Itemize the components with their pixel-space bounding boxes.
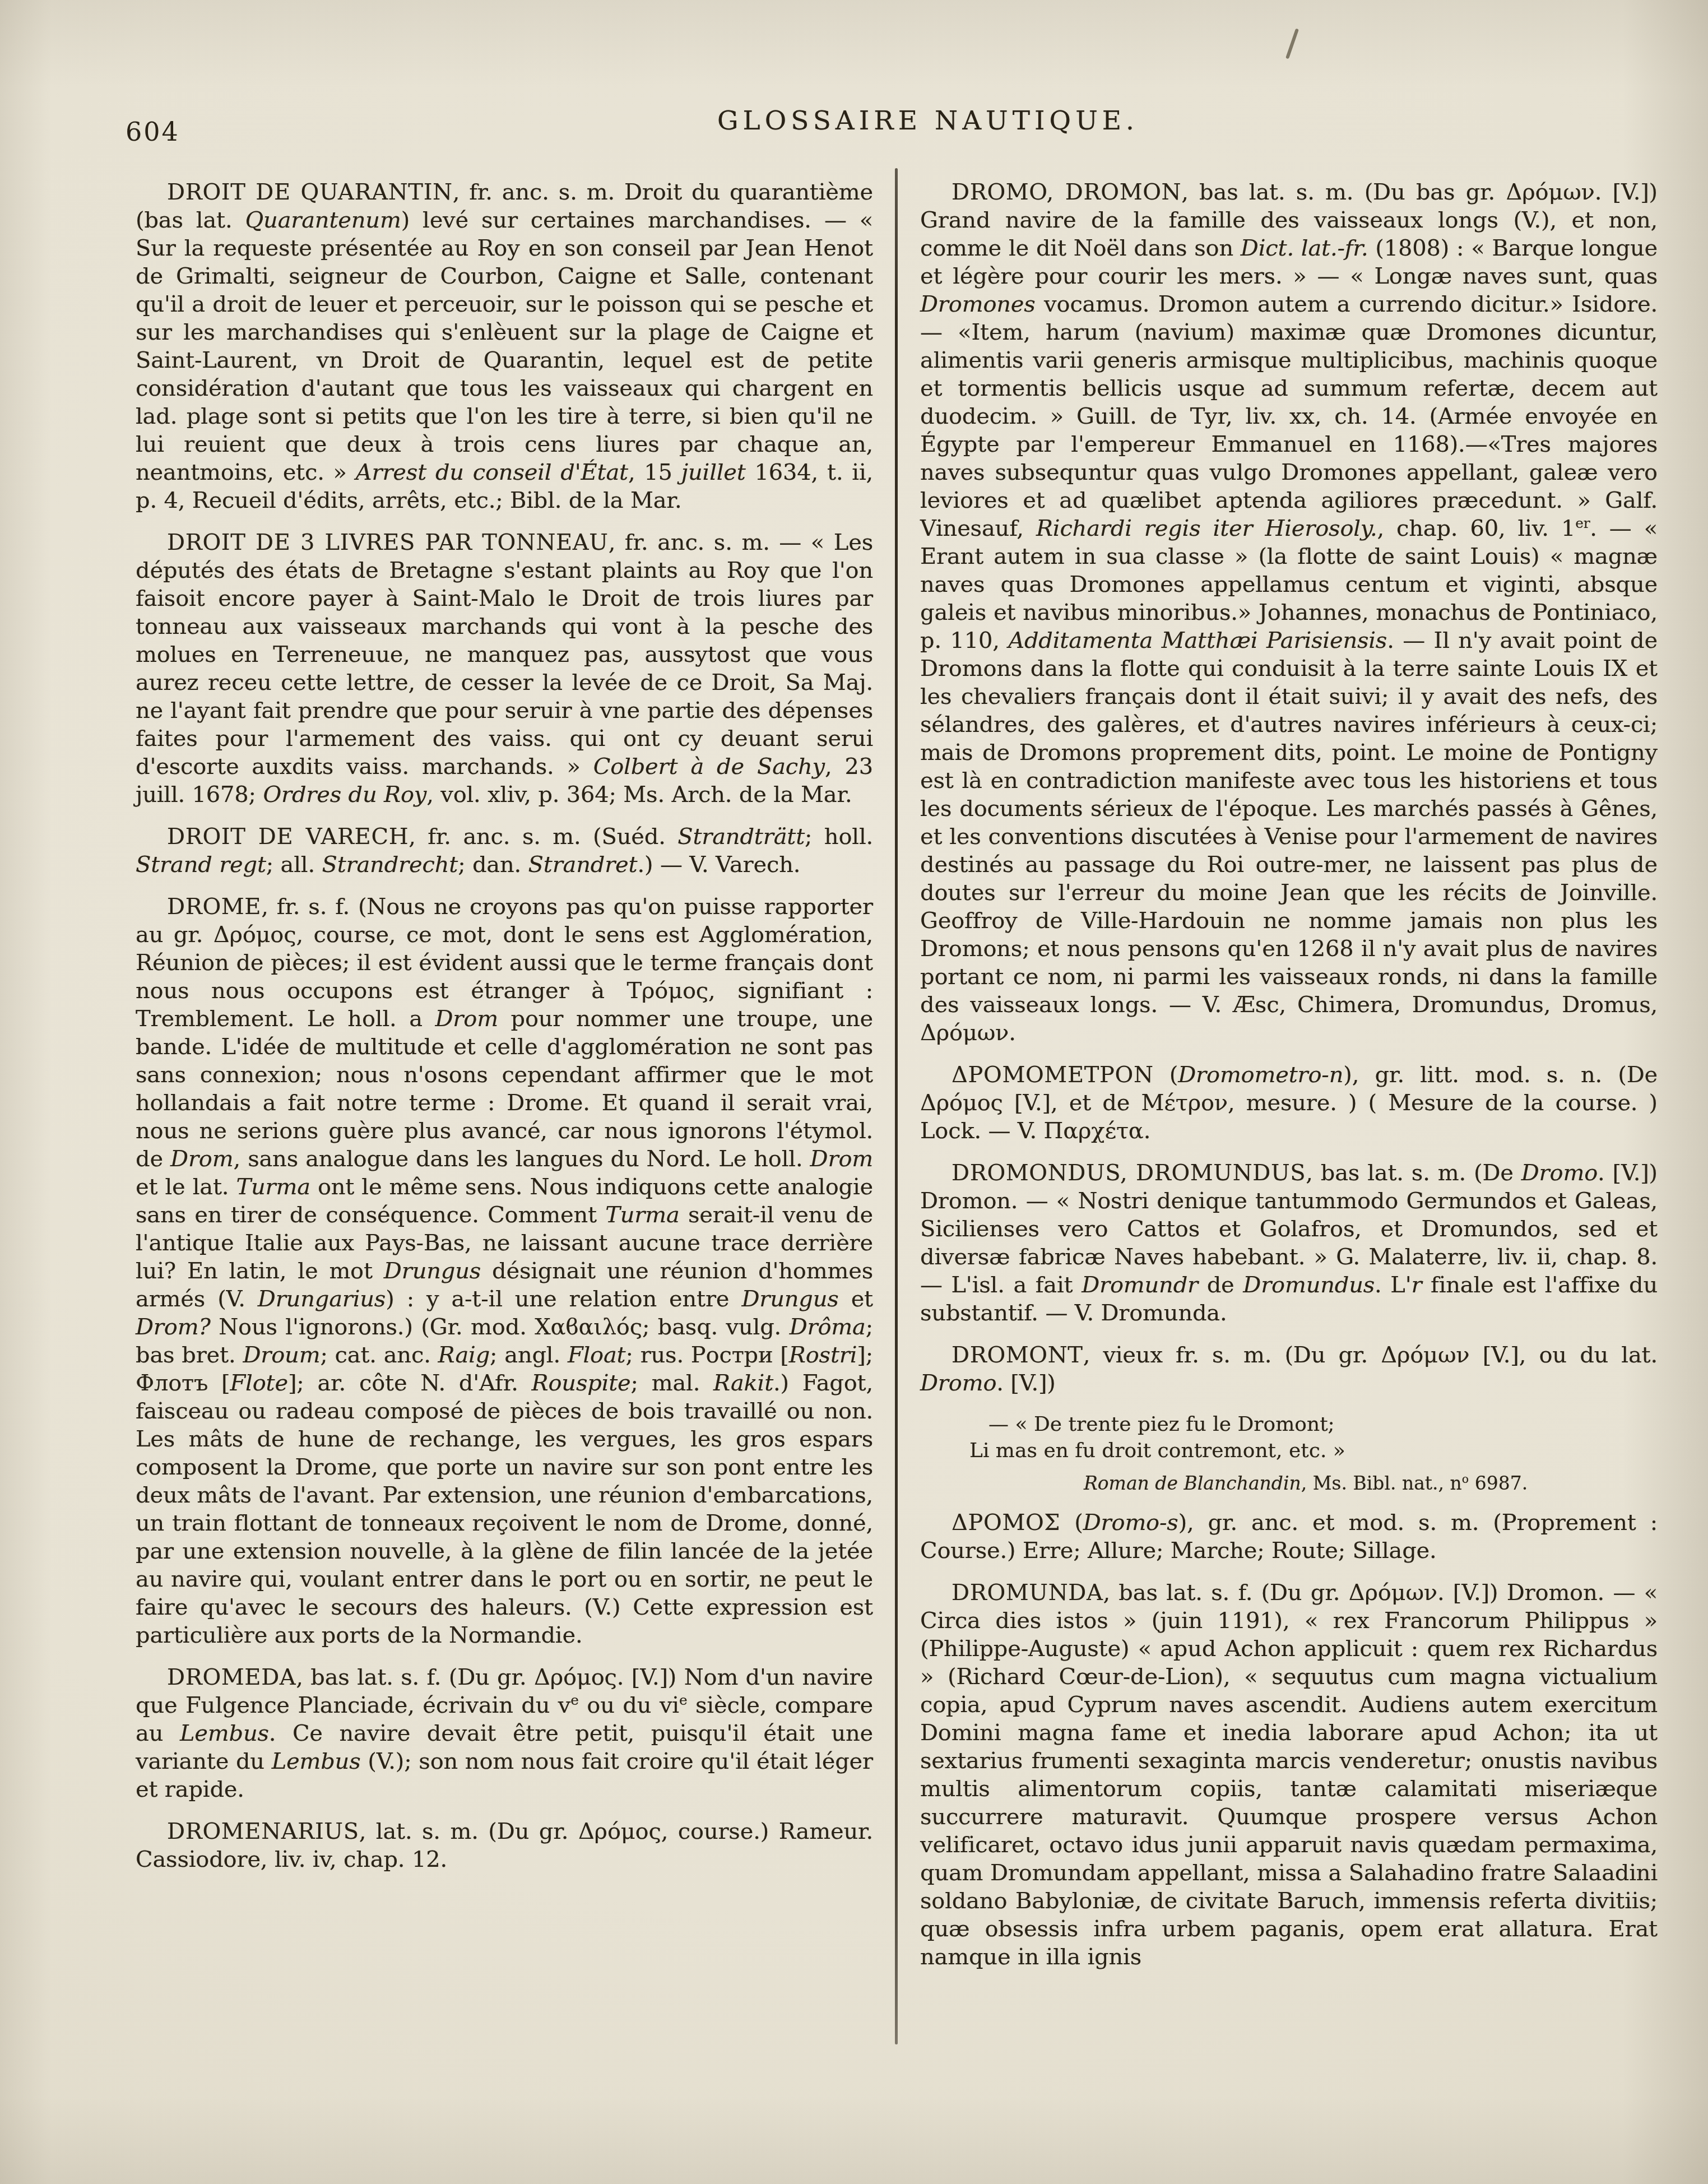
entry-headword: ΔΡΟΜΟΣ [952,1510,1060,1536]
entry-headword: DROIT DE VARECH [167,824,409,850]
entry-headword: ΔΡΟΜΟΜΕΤΡΟΝ [952,1062,1154,1088]
running-header: GLOSSAIRE NAUTIQUE. [74,105,1708,136]
ink-mark [1285,29,1299,59]
glossary-entry: DROIT DE QUARANTIN, fr. anc. s. m. Droit… [136,178,873,514]
glossary-entry: DROMUNDA, bas lat. s. f. (Du gr. Δρόμων.… [920,1579,1658,1971]
glossary-entry: DROMONDUS, DROMUNDUS, bas lat. s. m. (De… [920,1159,1658,1327]
entry-headword: DROMO, DROMON [952,179,1181,205]
entry-headword: DROIT DE QUARANTIN [167,179,453,205]
entry-body: , fr. anc. s. m. Droit du quarantième (b… [136,179,873,513]
entry-headword: DROMEDA [167,1664,296,1690]
glossary-entry: DROMO, DROMON, bas lat. s. m. (Du bas gr… [920,178,1658,1047]
verse-quotation: — « De trente piez fu le Dromont;Li mas … [988,1411,1658,1464]
glossary-entry: DROME, fr. s. f. (Nous ne croyons pas qu… [136,893,873,1649]
entry-body: , bas lat. s. f. (Du gr. Δρόμων. [V.]) D… [920,1580,1658,1970]
verse-line: Li mas en fu droit contremont, etc. » [969,1438,1658,1464]
entry-body: , bas lat. s. m. (Du bas gr. Δρόμων. [V.… [920,179,1658,1046]
entry-body: , fr. anc. s. m. — « Les députés des éta… [136,530,873,808]
entry-body: , fr. s. f. (Nous ne croyons pas qu'on p… [136,894,873,1648]
entry-headword: DROME [167,894,261,920]
column-divider-rule [895,168,898,2044]
scanned-book-page: 604 GLOSSAIRE NAUTIQUE. DROIT DE QUARANT… [0,0,1708,2184]
glossary-entry: ΔΡΟΜΟΜΕΤΡΟΝ (Dromometro-n), gr. litt. mo… [920,1061,1658,1145]
glossary-entry: DROIT DE VARECH, fr. anc. s. m. (Suéd. S… [136,823,873,879]
verse-line: — « De trente piez fu le Dromont; [988,1411,1658,1438]
entry-headword: DROMUNDA [952,1580,1103,1606]
entry-headword: DROIT DE 3 LIVRES PAR TONNEAU [167,530,609,555]
entry-headword: DROMENARIUS [167,1819,359,1844]
left-column: DROIT DE QUARANTIN, fr. anc. s. m. Droit… [136,178,873,1888]
entry-headword: DROMONT [952,1342,1083,1368]
glossary-entry: DROMENARIUS, lat. s. m. (Du gr. Δρόμος, … [136,1817,873,1874]
entry-headword: DROMONDUS, DROMUNDUS [952,1160,1306,1186]
glossary-entry: DROIT DE 3 LIVRES PAR TONNEAU, fr. anc. … [136,528,873,809]
verse-citation: Roman de Blanchandin, Ms. Bibl. nat., no… [954,1472,1658,1495]
right-column: DROMO, DROMON, bas lat. s. m. (Du bas gr… [920,178,1658,1985]
glossary-entry: DROMONT, vieux fr. s. m. (Du gr. Δρόμων … [920,1341,1658,1397]
glossary-entry: DROMEDA, bas lat. s. f. (Du gr. Δρόμος. … [136,1663,873,1803]
glossary-entry: ΔΡΟΜΟΣ (Dromo-s), gr. anc. et mod. s. m.… [920,1509,1658,1565]
